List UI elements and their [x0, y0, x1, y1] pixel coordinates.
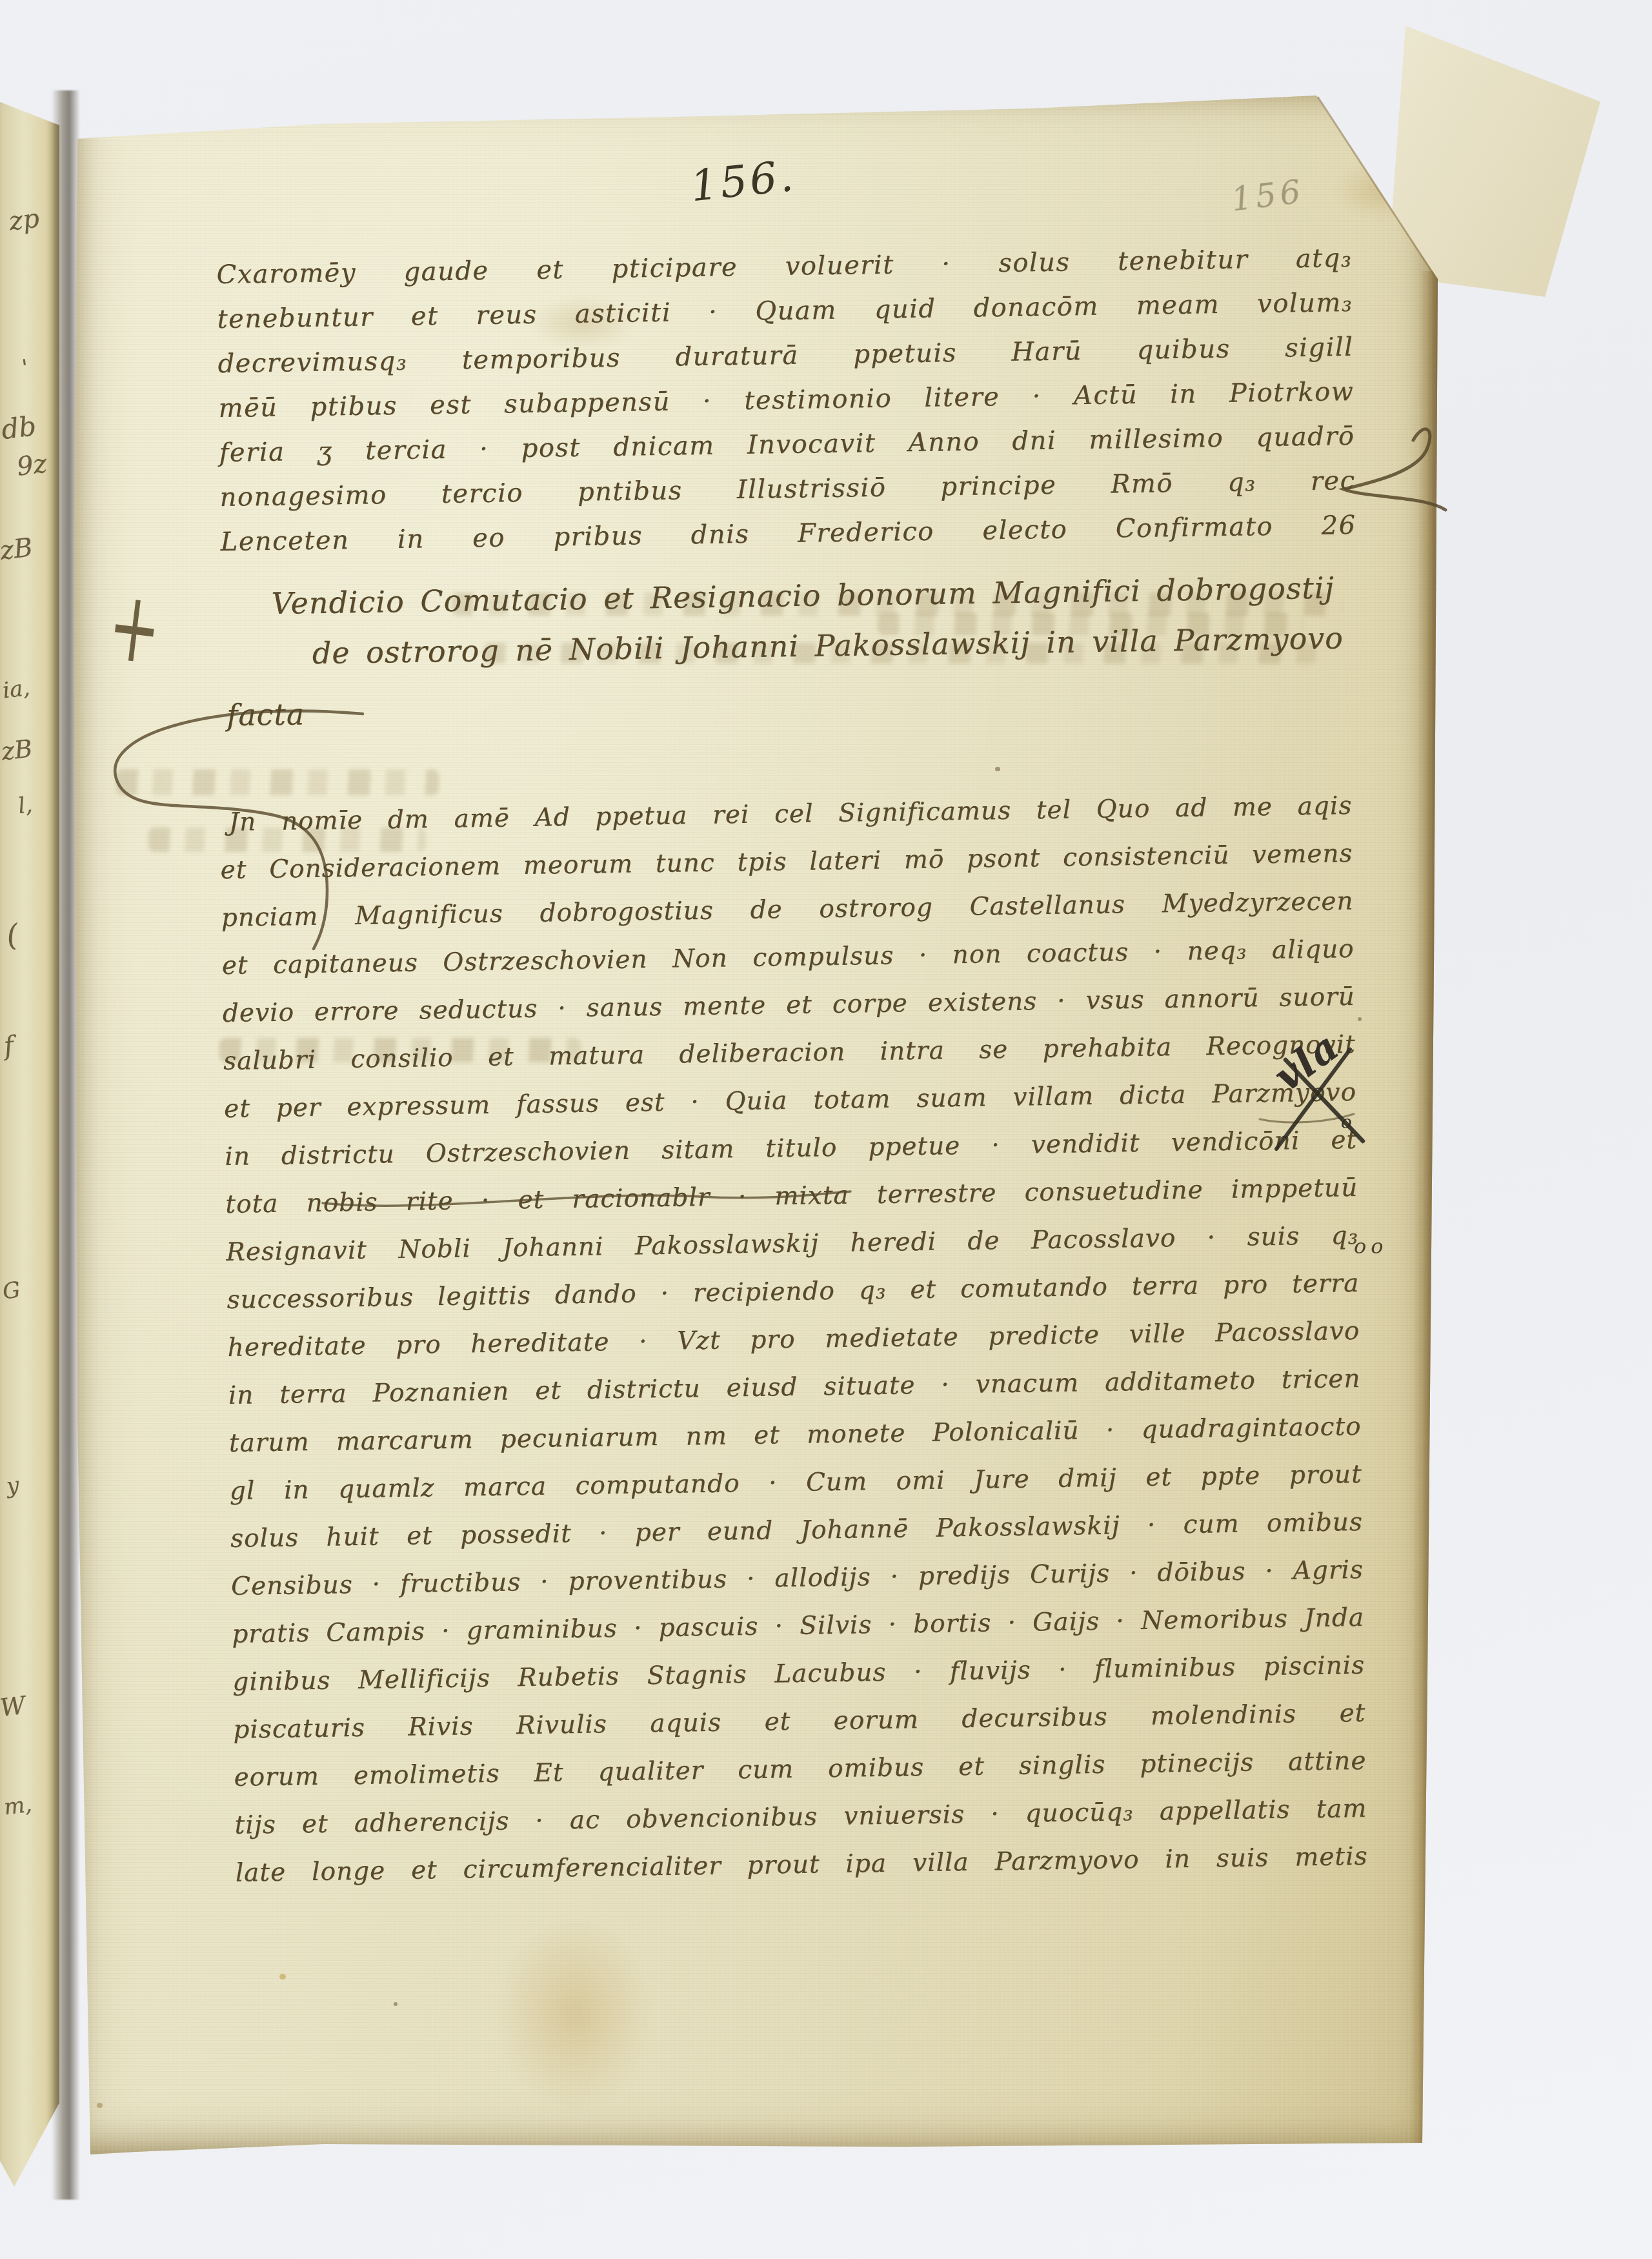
- manuscript-scan: zp'db9zzBia,zBl,(fGyWm, 156. 156 Cxaromē…: [0, 0, 1652, 2259]
- stain: [497, 1917, 652, 2111]
- marginal-double-circle-marks: oo: [1354, 1234, 1388, 1259]
- prev-page-text-fragment: ': [21, 355, 30, 381]
- prev-page-text-fragment: db: [0, 410, 38, 445]
- prev-page-text-fragment: f: [2, 1031, 15, 1061]
- prev-page-text-fragment: ia,: [1, 675, 32, 704]
- prev-page-text-fragment: G: [1, 1277, 22, 1304]
- ink-speck: [97, 2103, 103, 2108]
- ink-speck: [995, 767, 1000, 771]
- previous-page-text-fragments: zp'db9zzBia,zBl,(fGyWm,: [0, 97, 61, 2207]
- ink-speck: [394, 2002, 398, 2006]
- prev-page-text-fragment: zB: [0, 734, 34, 766]
- prev-page-text-fragment: l,: [17, 792, 34, 819]
- prev-page-text-fragment: zB: [0, 532, 34, 566]
- entry-heading: Vendicio Comutacio et Resignacio bonorum…: [271, 563, 1300, 740]
- manuscript-page: 156. 156 Cxaromēy gaude et pticipare vol…: [71, 84, 1439, 2157]
- marginal-note-mark: o: [1341, 1111, 1352, 1133]
- ink-bleedthrough: [116, 769, 439, 795]
- ink-speck: [279, 1974, 286, 1980]
- prev-page-text-fragment: (: [5, 917, 20, 953]
- prev-page-text-fragment: 9z: [15, 449, 48, 481]
- prev-page-text-fragment: m,: [3, 1792, 34, 1821]
- entry-body: Jn nomīe dm amē Ad ppetua rei cel Signif…: [219, 782, 1368, 1898]
- closing-paragraph: Cxaromēy gaude et pticipare voluerit · s…: [216, 236, 1356, 565]
- prev-page-text-fragment: W: [0, 1691, 27, 1722]
- prev-page-text-fragment: y: [5, 1472, 21, 1499]
- prev-page-text-fragment: zp: [7, 203, 41, 236]
- ink-speck: [1358, 1017, 1362, 1021]
